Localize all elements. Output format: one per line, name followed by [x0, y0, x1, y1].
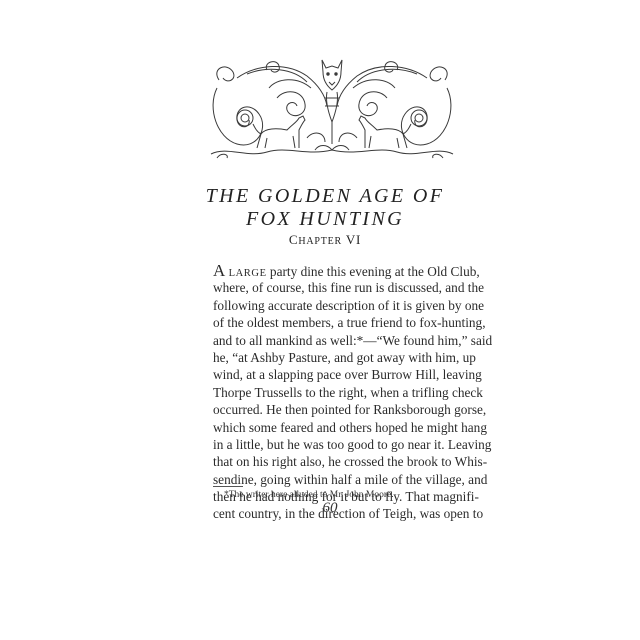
- text-line: that on his right also, he crossed the b…: [213, 453, 459, 470]
- book-title-line-2: FOX HUNTING: [160, 207, 490, 231]
- chapter-number: VI: [346, 232, 361, 247]
- smallcaps-word: large: [229, 268, 267, 279]
- chapter-initial: C: [289, 232, 298, 247]
- page-number: 60: [300, 500, 360, 517]
- book-page: THE GOLDEN AGE OF FOX HUNTING Chapter VI…: [0, 0, 640, 640]
- chapter-heading: Chapter VI: [160, 232, 490, 248]
- text-line: in a little, but he was too good to go n…: [213, 436, 459, 453]
- first-line-text: party dine this evening at the Old Club,: [267, 264, 480, 279]
- text-line: he, “at Ashby Pasture, and got away with…: [213, 349, 459, 366]
- footnote: *The writer here alluded to Mr. John Moo…: [224, 490, 394, 500]
- text-line: wind, at a slapping pace over Burrow Hil…: [213, 366, 459, 383]
- book-title-line-1: THE GOLDEN AGE OF: [160, 184, 490, 208]
- text-line: following accurate description of it is …: [213, 297, 459, 314]
- chapter-word: hapter: [298, 236, 342, 247]
- body-paragraph: A large party dine this evening at the O…: [213, 262, 459, 523]
- drop-word: A: [213, 261, 225, 280]
- text-line: of the oldest members, a true friend to …: [213, 314, 459, 331]
- text-line: A large party dine this evening at the O…: [213, 262, 459, 279]
- text-line: which some feared and others hoped he mi…: [213, 419, 459, 436]
- text-line: sendine, going within half a mile of the…: [213, 471, 459, 488]
- fox-hounds-ornament-icon: [207, 58, 457, 162]
- text-line: and to all mankind as well:*—“We found h…: [213, 332, 459, 349]
- text-line: occurred. He then pointed for Ranksborou…: [213, 401, 459, 418]
- text-line: where, of course, this fine run is discu…: [213, 279, 459, 296]
- text-line: Thorpe Trussells to the right, when a tr…: [213, 384, 459, 401]
- footnote-rule: [213, 486, 243, 487]
